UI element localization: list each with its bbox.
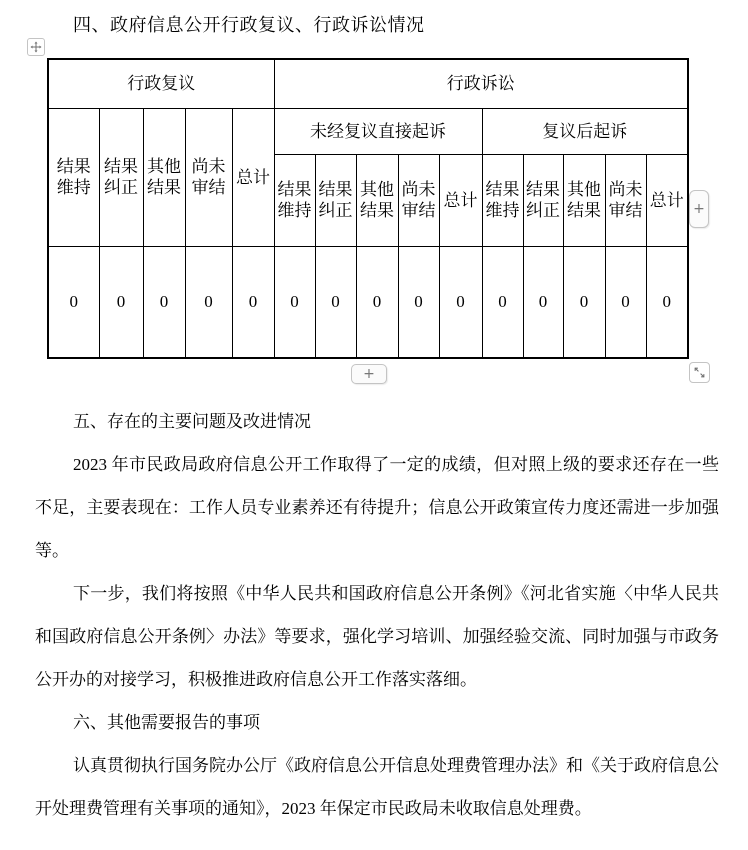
document-body: 五、存在的主要问题及改进情况 2023 年市民政局政府信息公开工作取得了一定的成… [35, 400, 719, 830]
col-header-result-upheld: 结果维持 [274, 154, 315, 246]
header-administrative-reconsideration: 行政复议 [48, 59, 274, 108]
value-cell[interactable]: 0 [143, 246, 185, 358]
value-cell[interactable]: 0 [646, 246, 688, 358]
table-resize-handle[interactable] [689, 362, 710, 383]
paragraph-issues: 2023 年市民政局政府信息公开工作取得了一定的成绩，但对照上级的要求还存在一些… [35, 443, 719, 572]
section-six-heading: 六、其他需要报告的事项 [35, 701, 719, 744]
value-cell[interactable]: 0 [315, 246, 356, 358]
section-five-heading: 五、存在的主要问题及改进情况 [35, 400, 719, 443]
header-direct-lawsuit: 未经复议直接起诉 [274, 108, 482, 154]
value-cell[interactable]: 0 [563, 246, 605, 358]
value-cell[interactable]: 0 [439, 246, 482, 358]
header-lawsuit-after-reconsideration: 复议后起诉 [482, 108, 688, 154]
col-header-other-result: 其他结果 [563, 154, 605, 246]
value-cell[interactable]: 0 [398, 246, 439, 358]
col-header-result-corrected: 结果纠正 [99, 108, 143, 246]
col-header-pending: 尚未审结 [185, 108, 232, 246]
header-administrative-litigation: 行政诉讼 [274, 59, 688, 108]
add-row-button[interactable]: + [351, 364, 387, 384]
section-four-heading: 四、政府信息公开行政复议、行政诉讼情况 [73, 12, 425, 38]
col-header-other-result: 其他结果 [356, 154, 398, 246]
value-cell[interactable]: 0 [482, 246, 523, 358]
col-header-result-corrected: 结果纠正 [523, 154, 563, 246]
value-cell[interactable]: 0 [99, 246, 143, 358]
col-header-total: 总计 [439, 154, 482, 246]
col-header-pending: 尚未审结 [398, 154, 439, 246]
col-header-other-result: 其他结果 [143, 108, 185, 246]
col-header-pending: 尚未审结 [605, 154, 646, 246]
paragraph-next-steps: 下一步，我们将按照《中华人民共和国政府信息公开条例》《河北省实施〈中华人民共和国… [35, 572, 719, 701]
value-cell[interactable]: 0 [185, 246, 232, 358]
col-header-total: 总计 [232, 108, 274, 246]
col-header-result-corrected: 结果纠正 [315, 154, 356, 246]
value-cell[interactable]: 0 [523, 246, 563, 358]
value-cell[interactable]: 0 [356, 246, 398, 358]
value-cell[interactable]: 0 [605, 246, 646, 358]
stats-table: 行政复议 行政诉讼 结果维持 结果纠正 其他结果 尚未审结 总计 未经复议直接起… [47, 58, 689, 359]
value-cell[interactable]: 0 [232, 246, 274, 358]
move-icon [30, 41, 42, 53]
paragraph-fees: 认真贯彻执行国务院办公厅《政府信息公开信息处理费管理办法》和《关于政府信息公开处… [35, 744, 719, 830]
value-cell[interactable]: 0 [48, 246, 99, 358]
value-cell[interactable]: 0 [274, 246, 315, 358]
col-header-result-upheld: 结果维持 [48, 108, 99, 246]
table-move-handle[interactable] [27, 38, 45, 56]
col-header-result-upheld: 结果维持 [482, 154, 523, 246]
resize-diagonal-icon [693, 366, 706, 379]
col-header-total: 总计 [646, 154, 688, 246]
add-column-button[interactable]: + [689, 190, 709, 228]
